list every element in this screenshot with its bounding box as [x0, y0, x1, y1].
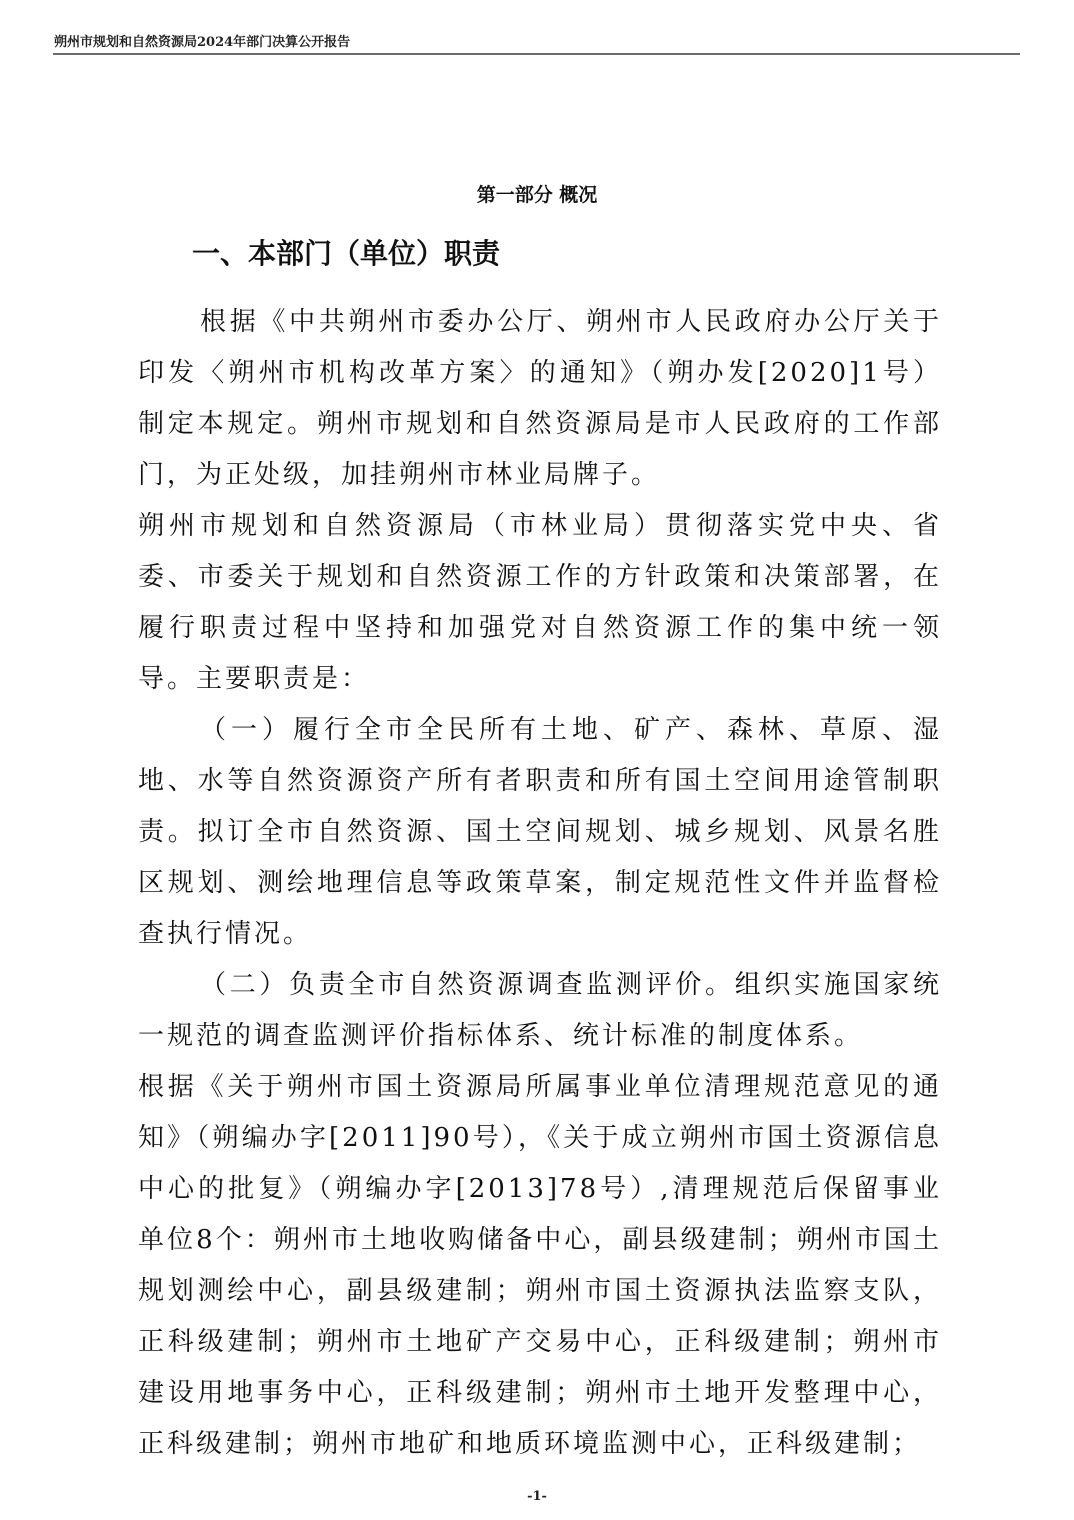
section-title: 一、本部门（单位）职责	[192, 232, 500, 272]
header-divider	[53, 53, 1020, 55]
paragraph-duty-1: （一）履行全市全民所有土地、矿产、森林、草原、湿地、水等自然资源资产所有者职责和…	[138, 705, 942, 960]
body-text: 根据《中共朔州市委办公厅、朔州市人民政府办公厅关于印发〈朔州市机构改革方案〉的通…	[138, 297, 942, 1470]
page-number: -1-	[0, 1489, 1074, 1504]
paragraph-duty-2: （二）负责全市自然资源调查监测评价。组织实施国家统一规范的调查监测评价指标体系、…	[138, 960, 942, 1062]
paragraph-affiliated-units: 根据《关于朔州市国土资源局所属事业单位清理规范意见的通知》（朔编办字[2011]…	[138, 1062, 942, 1470]
part-title: 第一部分 概况	[0, 180, 1074, 207]
paragraph-mission: 朔州市规划和自然资源局（市林业局）贯彻落实党中央、省委、市委关于规划和自然资源工…	[138, 501, 942, 705]
paragraph-legal-basis: 根据《中共朔州市委办公厅、朔州市人民政府办公厅关于印发〈朔州市机构改革方案〉的通…	[138, 297, 942, 501]
running-header-title: 朔州市规划和自然资源局2024年部门决算公开报告	[54, 31, 350, 50]
